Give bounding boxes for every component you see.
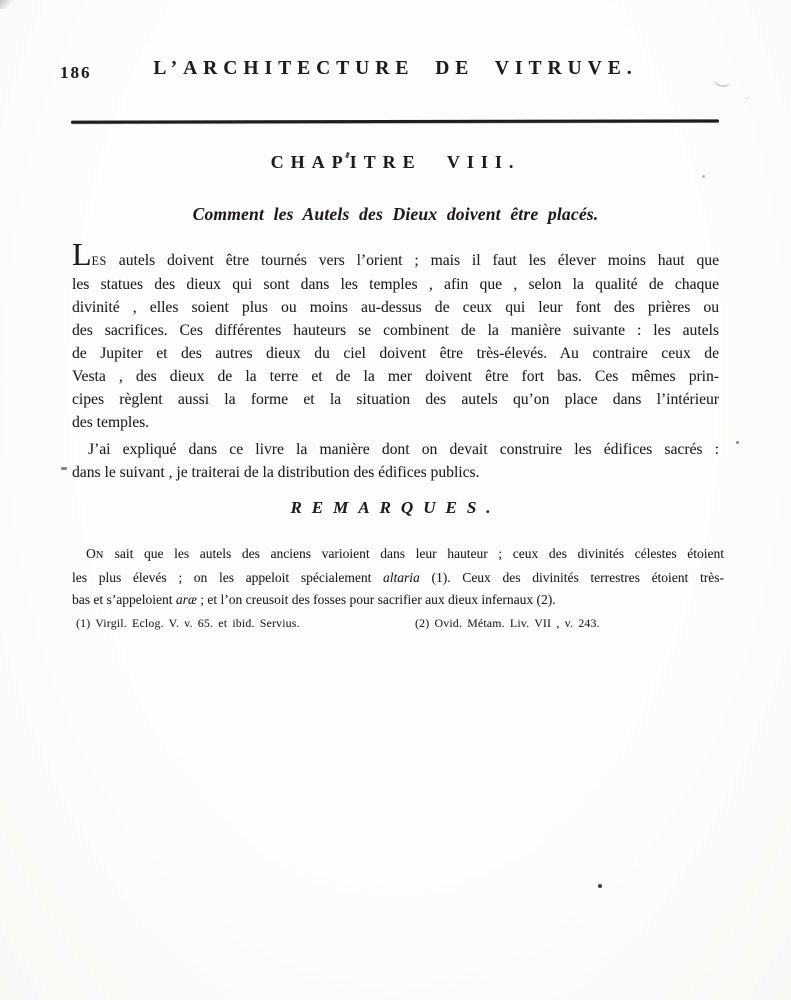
body-paragraph-2: J’ai expliqué dans ce livre la manière d… [72,438,719,484]
scan-corner-smudge [0,0,14,9]
book-page: 186 L’ARCHITECTURE DE VITRUVE. CHAPITRE … [0,0,791,1000]
initial-capital: L [72,237,92,272]
footnotes: (1) Virgil. Eclog. V. v. 65. et ibid. Se… [72,616,722,634]
text-line: J’ai expliqué dans ce livre la manière d… [72,438,719,461]
running-head: L’ARCHITECTURE DE VITRUVE. [72,58,719,80]
italic-term: altaria [383,570,420,585]
text-line: cipes règlent aussi la forme et la situa… [72,388,719,411]
italic-term: aræ [176,592,197,607]
scan-speck [61,467,67,470]
scan-speck [736,441,739,444]
remarks-paragraph: ON sait que les autels des anciens vario… [72,543,724,611]
body-paragraph-1: LES autels doivent être tournés vers l’o… [72,249,719,434]
header-rule [71,119,719,123]
text-line: dans le suivant , je traiterai de la dis… [72,461,719,484]
text-line: de Jupiter et des autres dieux du ciel d… [72,342,719,365]
text-line: Vesta , des dieux de la terre et de la m… [72,365,719,388]
text-line: des temples. [72,411,719,434]
text-line: ON sait que les autels des anciens vario… [72,543,724,567]
text-line: LES autels doivent être tournés vers l’o… [72,249,719,273]
text-line: les statues des dieux qui sont dans les … [72,273,719,296]
scan-smudge [744,94,751,99]
text-line: les plus élevés ; on les appeloit spécia… [72,567,724,589]
remarks-heading: REMARQUES. [72,498,719,518]
chapter-subtitle: Comment les Autels des Dieux doivent êtr… [72,204,719,225]
text-line: divinité , elles soient plus ou moins au… [72,296,719,319]
small-caps-text: ES [92,254,107,268]
small-caps-text: N [96,550,104,561]
footnote-2: (2) Ovid. Métam. Liv. VII , v. 243. [415,616,600,631]
text-line: bas et s’appeloient aræ ; et l’on creuso… [72,589,724,611]
scan-dot [598,884,602,888]
text-line: des sacrifices. Ces différentes hauteurs… [72,319,719,342]
scan-speck [702,175,705,178]
footnote-1: (1) Virgil. Eclog. V. v. 65. et ibid. Se… [76,616,300,631]
chapter-heading: CHAPITRE VIII. [72,152,719,173]
